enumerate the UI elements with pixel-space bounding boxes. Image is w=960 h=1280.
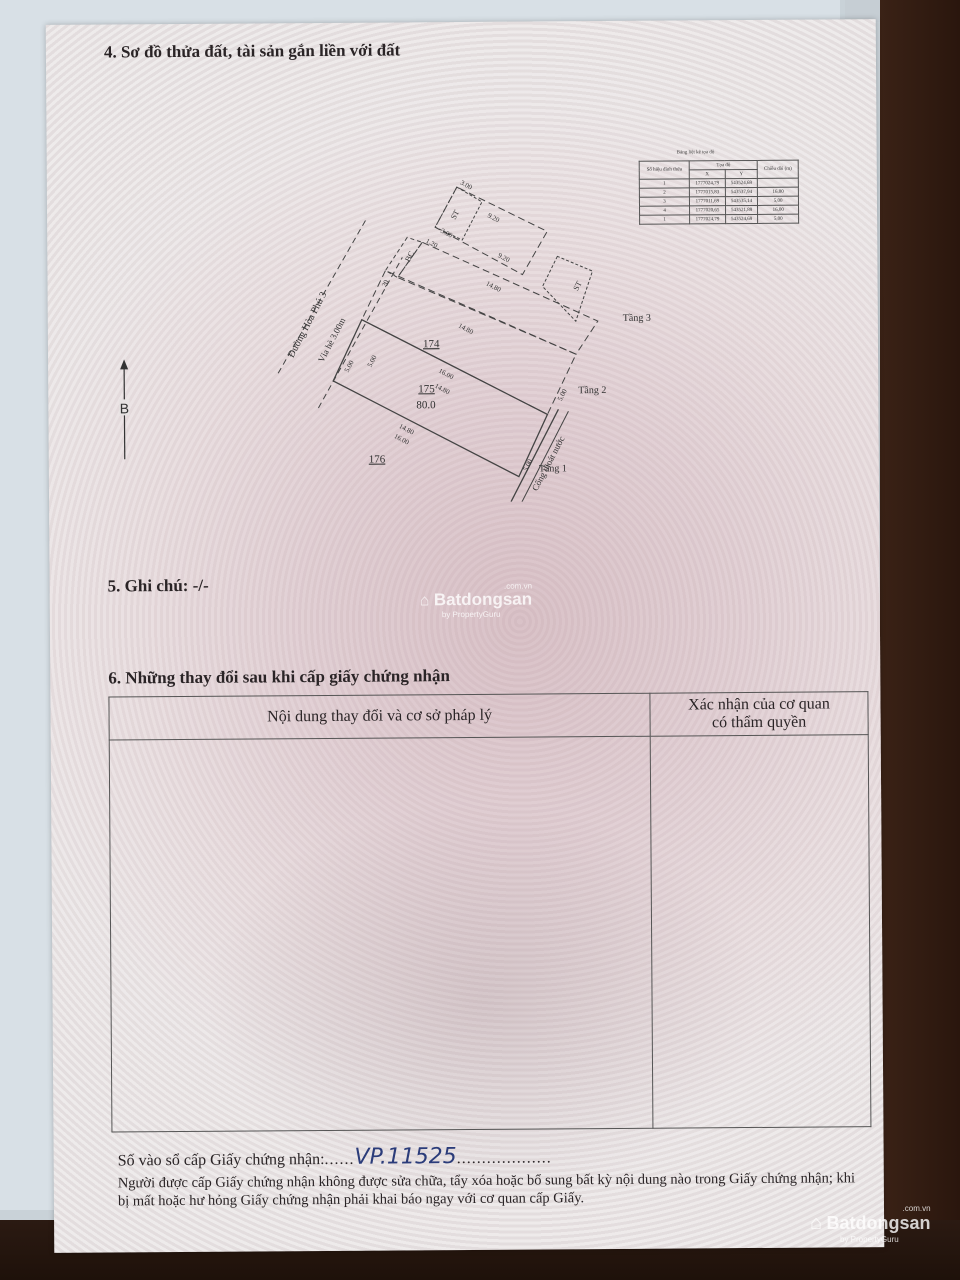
coordinate-cell-x: 1777011,69: [690, 197, 726, 206]
svg-text:ST: ST: [571, 280, 583, 293]
changes-col-content-header: Nội dung thay đổi và cơ sở pháp lý: [109, 693, 650, 740]
warning-notice: Người được cấp Giấy chứng nhận không đượ…: [118, 1169, 858, 1210]
coordinate-cell-length: 5,00: [758, 196, 799, 205]
section-5-notes: 5. Ghi chú: -/-: [108, 576, 209, 597]
svg-text:20: 20: [380, 278, 391, 288]
coordinate-cell-x: 1777015,83: [689, 188, 725, 197]
watermark-brand: Batdongsan: [827, 1213, 931, 1233]
coordinate-cell-x: 1777020,65: [690, 206, 726, 215]
svg-text:1.20: 1.20: [424, 237, 439, 250]
svg-text:14.80: 14.80: [457, 322, 475, 337]
section-4-title: 4. Sơ đồ thửa đất, tài sản gắn liền với …: [104, 40, 401, 62]
svg-text:BC: BC: [403, 250, 416, 264]
svg-text:3.00: 3.00: [439, 227, 454, 240]
house-logo-icon: ⌂: [810, 1212, 822, 1234]
dots: ...................: [457, 1149, 552, 1167]
coordinate-cell-length: 16,00: [758, 187, 799, 196]
watermark-center: .com.vn ⌂ Batdongsan by PropertyGuru: [420, 590, 533, 620]
section-6-title: 6. Những thay đổi sau khi cấp giấy chứng…: [108, 666, 450, 688]
col-y: Y: [725, 169, 758, 178]
confirmation-header-line2: có thẩm quyền: [712, 714, 806, 732]
land-certificate-page: 4. Sơ đồ thửa đất, tài sản gắn liền với …: [46, 19, 885, 1253]
changes-table: Nội dung thay đổi và cơ sở pháp lý Xác n…: [108, 691, 871, 1132]
svg-text:ST: ST: [449, 208, 461, 221]
svg-text:176: 176: [369, 454, 386, 466]
svg-text:175: 175: [418, 383, 435, 395]
svg-text:80.0: 80.0: [416, 399, 436, 411]
changes-content-cell: [109, 736, 653, 1132]
watermark-brand: Batdongsan: [434, 590, 532, 610]
section-5-value: -/-: [193, 576, 209, 595]
col-length: Chiều dài (m): [757, 160, 798, 178]
house-logo-icon: ⌂: [420, 592, 430, 609]
registration-number: VP.11525: [354, 1144, 456, 1170]
north-arrow-icon: B: [118, 359, 131, 459]
coordinate-cell-y: 543521,89: [725, 205, 758, 214]
coordinate-cell-length: [758, 178, 799, 187]
coordinate-cell-length: 16,00: [758, 205, 799, 214]
coordinate-cell-x: 1777024,79: [689, 179, 725, 188]
coordinate-cell-y: 543524,69: [725, 178, 758, 187]
coordinate-cell-y: 543524,69: [725, 214, 758, 223]
svg-text:14.80: 14.80: [485, 280, 503, 295]
watermark-corner: .com.vn ⌂ Batdongsan by PropertyGuru: [810, 1212, 931, 1244]
changes-col-confirmation-header: Xác nhận của cơ quan có thẩm quyền: [650, 692, 868, 737]
coordinate-table-title: Bảng liệt kê tọa độ: [677, 150, 715, 155]
dots: ......: [324, 1151, 354, 1168]
svg-text:14.80: 14.80: [433, 382, 451, 397]
svg-text:5.00: 5.00: [556, 387, 569, 402]
land-plot-diagram: 174 175 80.0 176 Tầng 1 Tầng 2 Tầng 3 Đư…: [257, 161, 679, 504]
watermark-domain: .com.vn: [504, 582, 532, 591]
svg-text:9.20: 9.20: [486, 212, 501, 225]
svg-text:Vỉa hè 3.00m: Vỉa hè 3.00m: [316, 316, 347, 364]
svg-text:174: 174: [423, 338, 440, 350]
svg-text:Tầng 2: Tầng 2: [578, 385, 606, 396]
coordinate-cell-x: 1777024,79: [690, 215, 726, 224]
section-5-title: 5. Ghi chú:: [108, 576, 189, 596]
svg-text:5.00: 5.00: [366, 354, 379, 369]
desk-surface: [880, 0, 960, 1280]
coordinate-cell-y: 543537,94: [725, 187, 758, 196]
registration-label: Số vào sổ cấp Giấy chứng nhận:: [118, 1151, 325, 1169]
registration-number-line: Số vào sổ cấp Giấy chứng nhận:......VP.1…: [118, 1143, 552, 1171]
confirmation-header-line1: Xác nhận của cơ quan: [688, 695, 830, 713]
svg-text:Tầng 3: Tầng 3: [623, 313, 651, 324]
watermark-byline: by PropertyGuru: [840, 1235, 931, 1244]
coordinate-cell-y: 543535,14: [725, 196, 758, 205]
svg-text:9.20: 9.20: [496, 251, 511, 264]
watermark-domain: .com.vn: [903, 1204, 931, 1213]
col-x: X: [689, 170, 725, 179]
svg-text:B: B: [120, 400, 129, 416]
changes-confirmation-cell: [650, 735, 871, 1129]
svg-text:16.00: 16.00: [437, 367, 455, 382]
coordinate-cell-length: 5,00: [758, 214, 799, 223]
col-coords: Tọa độ: [689, 160, 757, 169]
watermark-byline: by PropertyGuru: [442, 610, 532, 620]
